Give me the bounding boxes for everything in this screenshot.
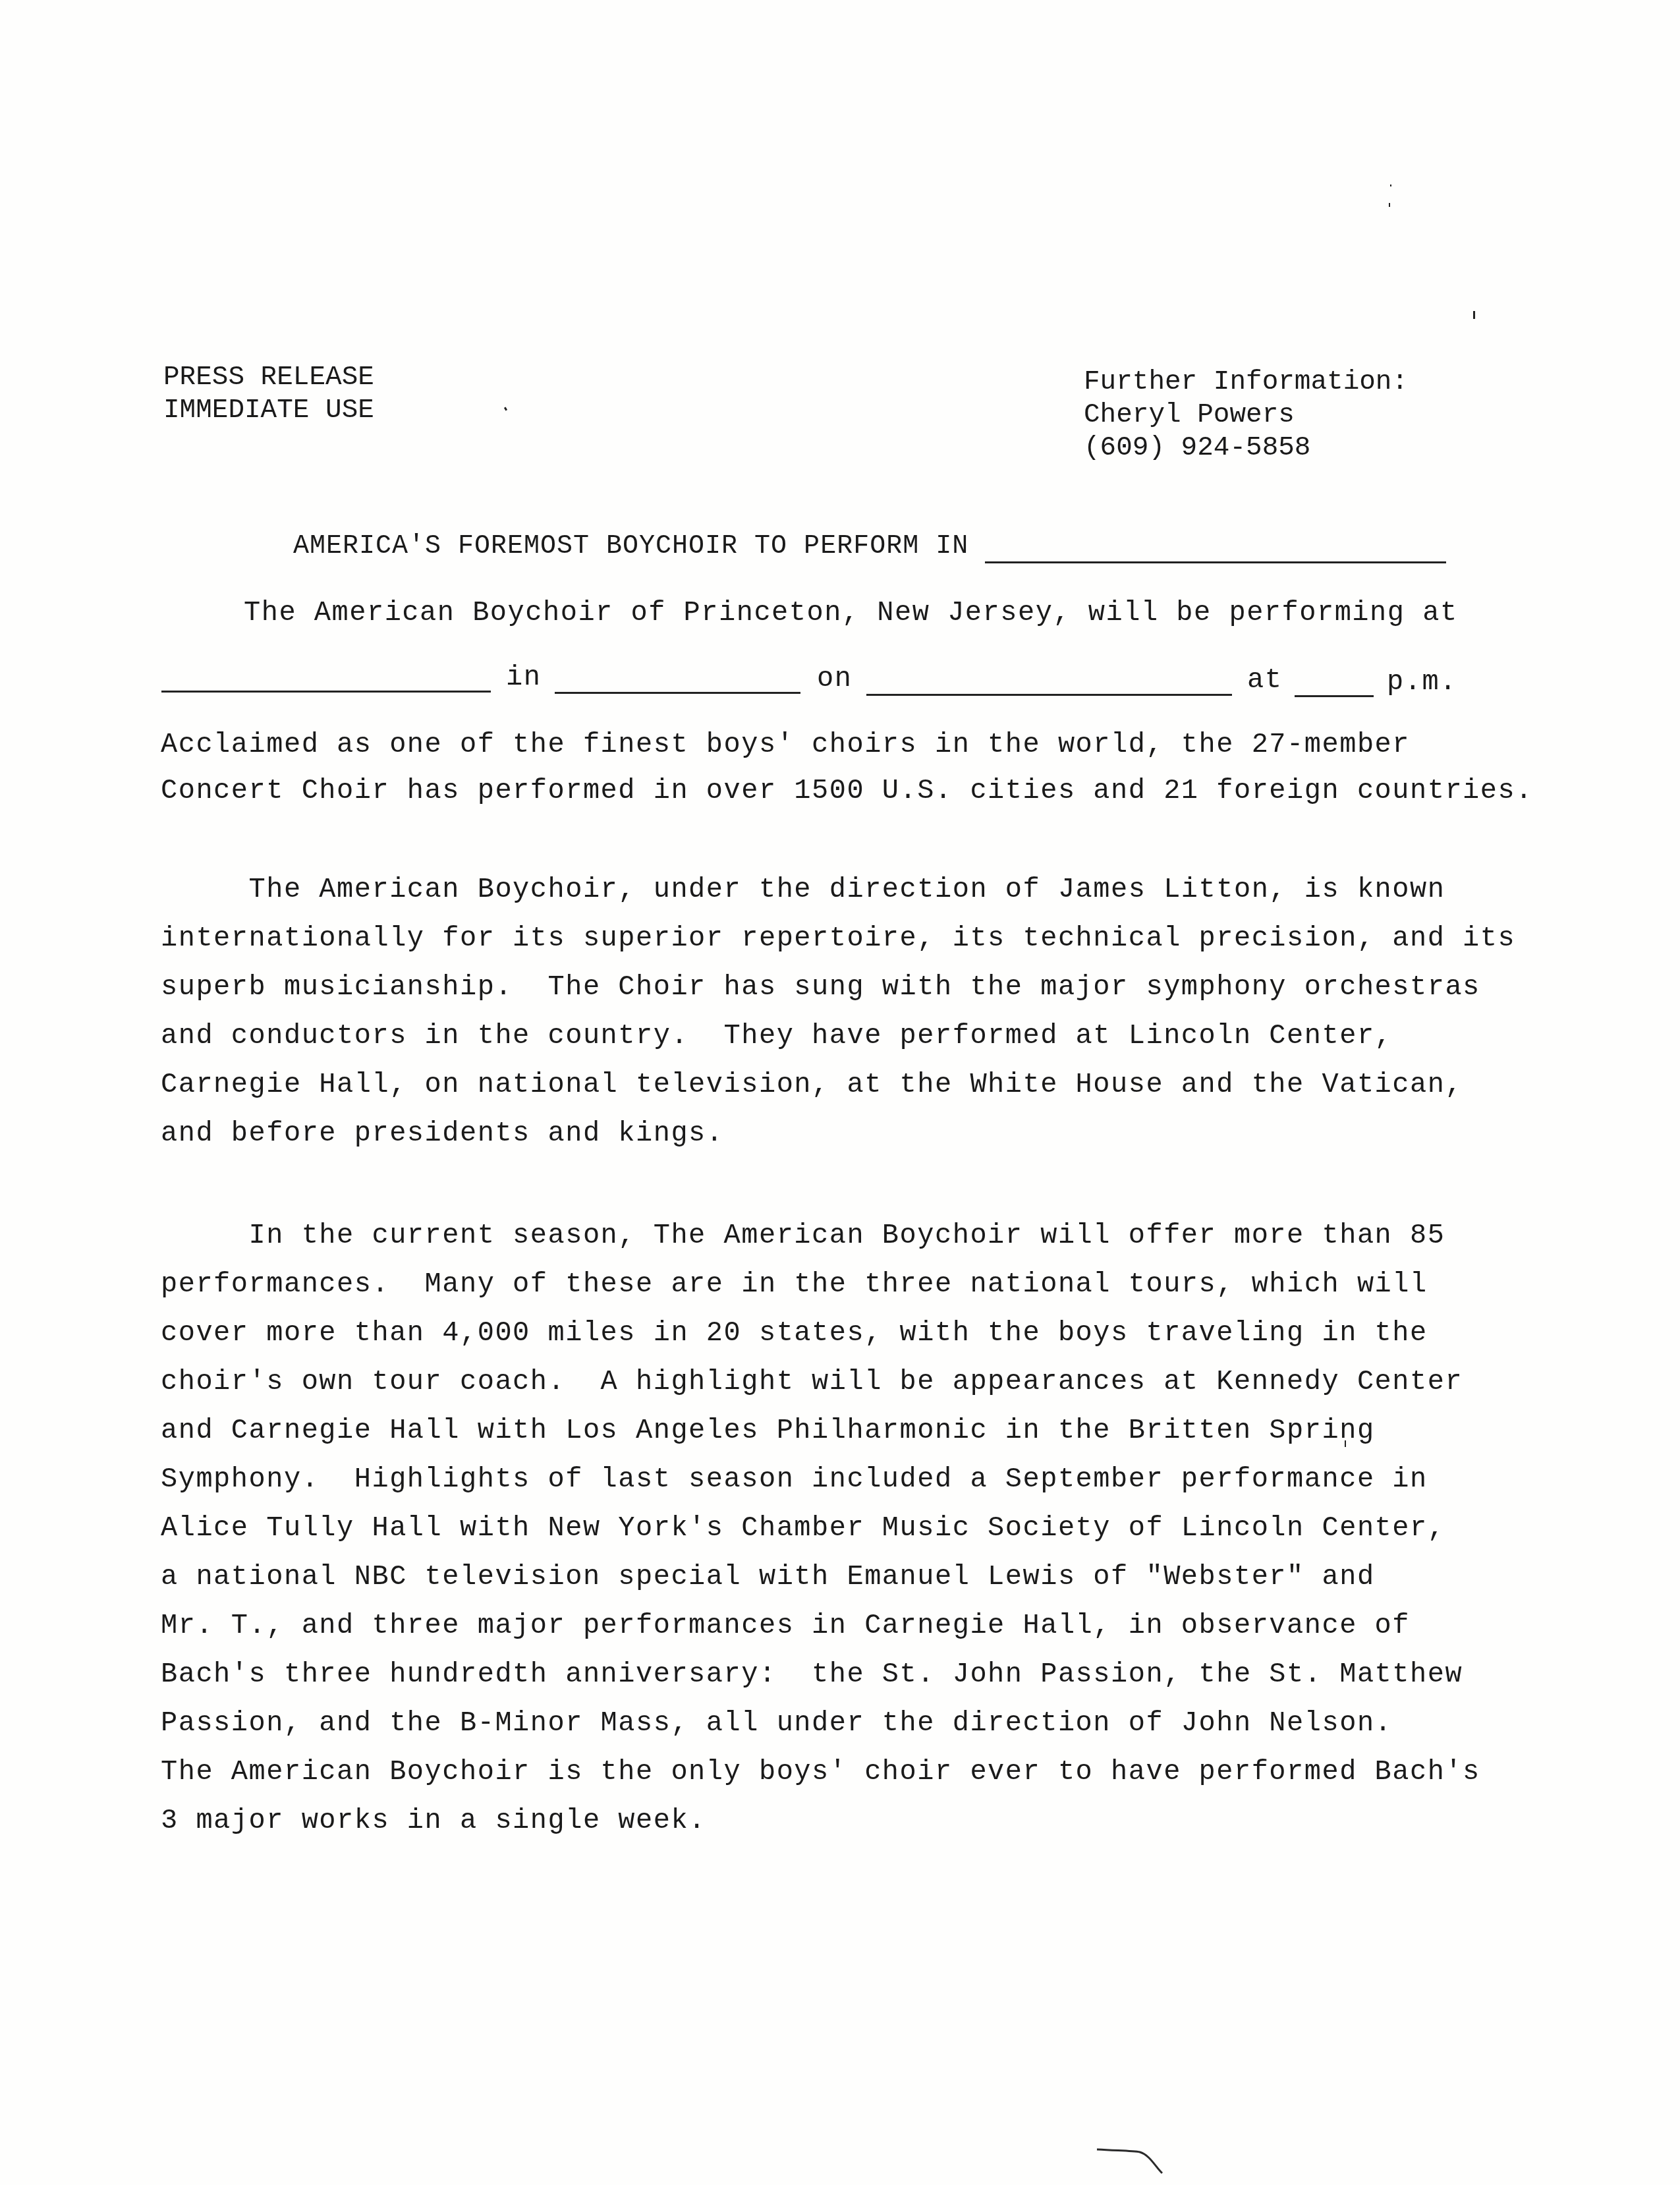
pen-scribble-mark (0, 0, 1680, 2185)
press-release-page: PRESS RELEASE IMMEDIATE USE Further Info… (0, 0, 1680, 2185)
